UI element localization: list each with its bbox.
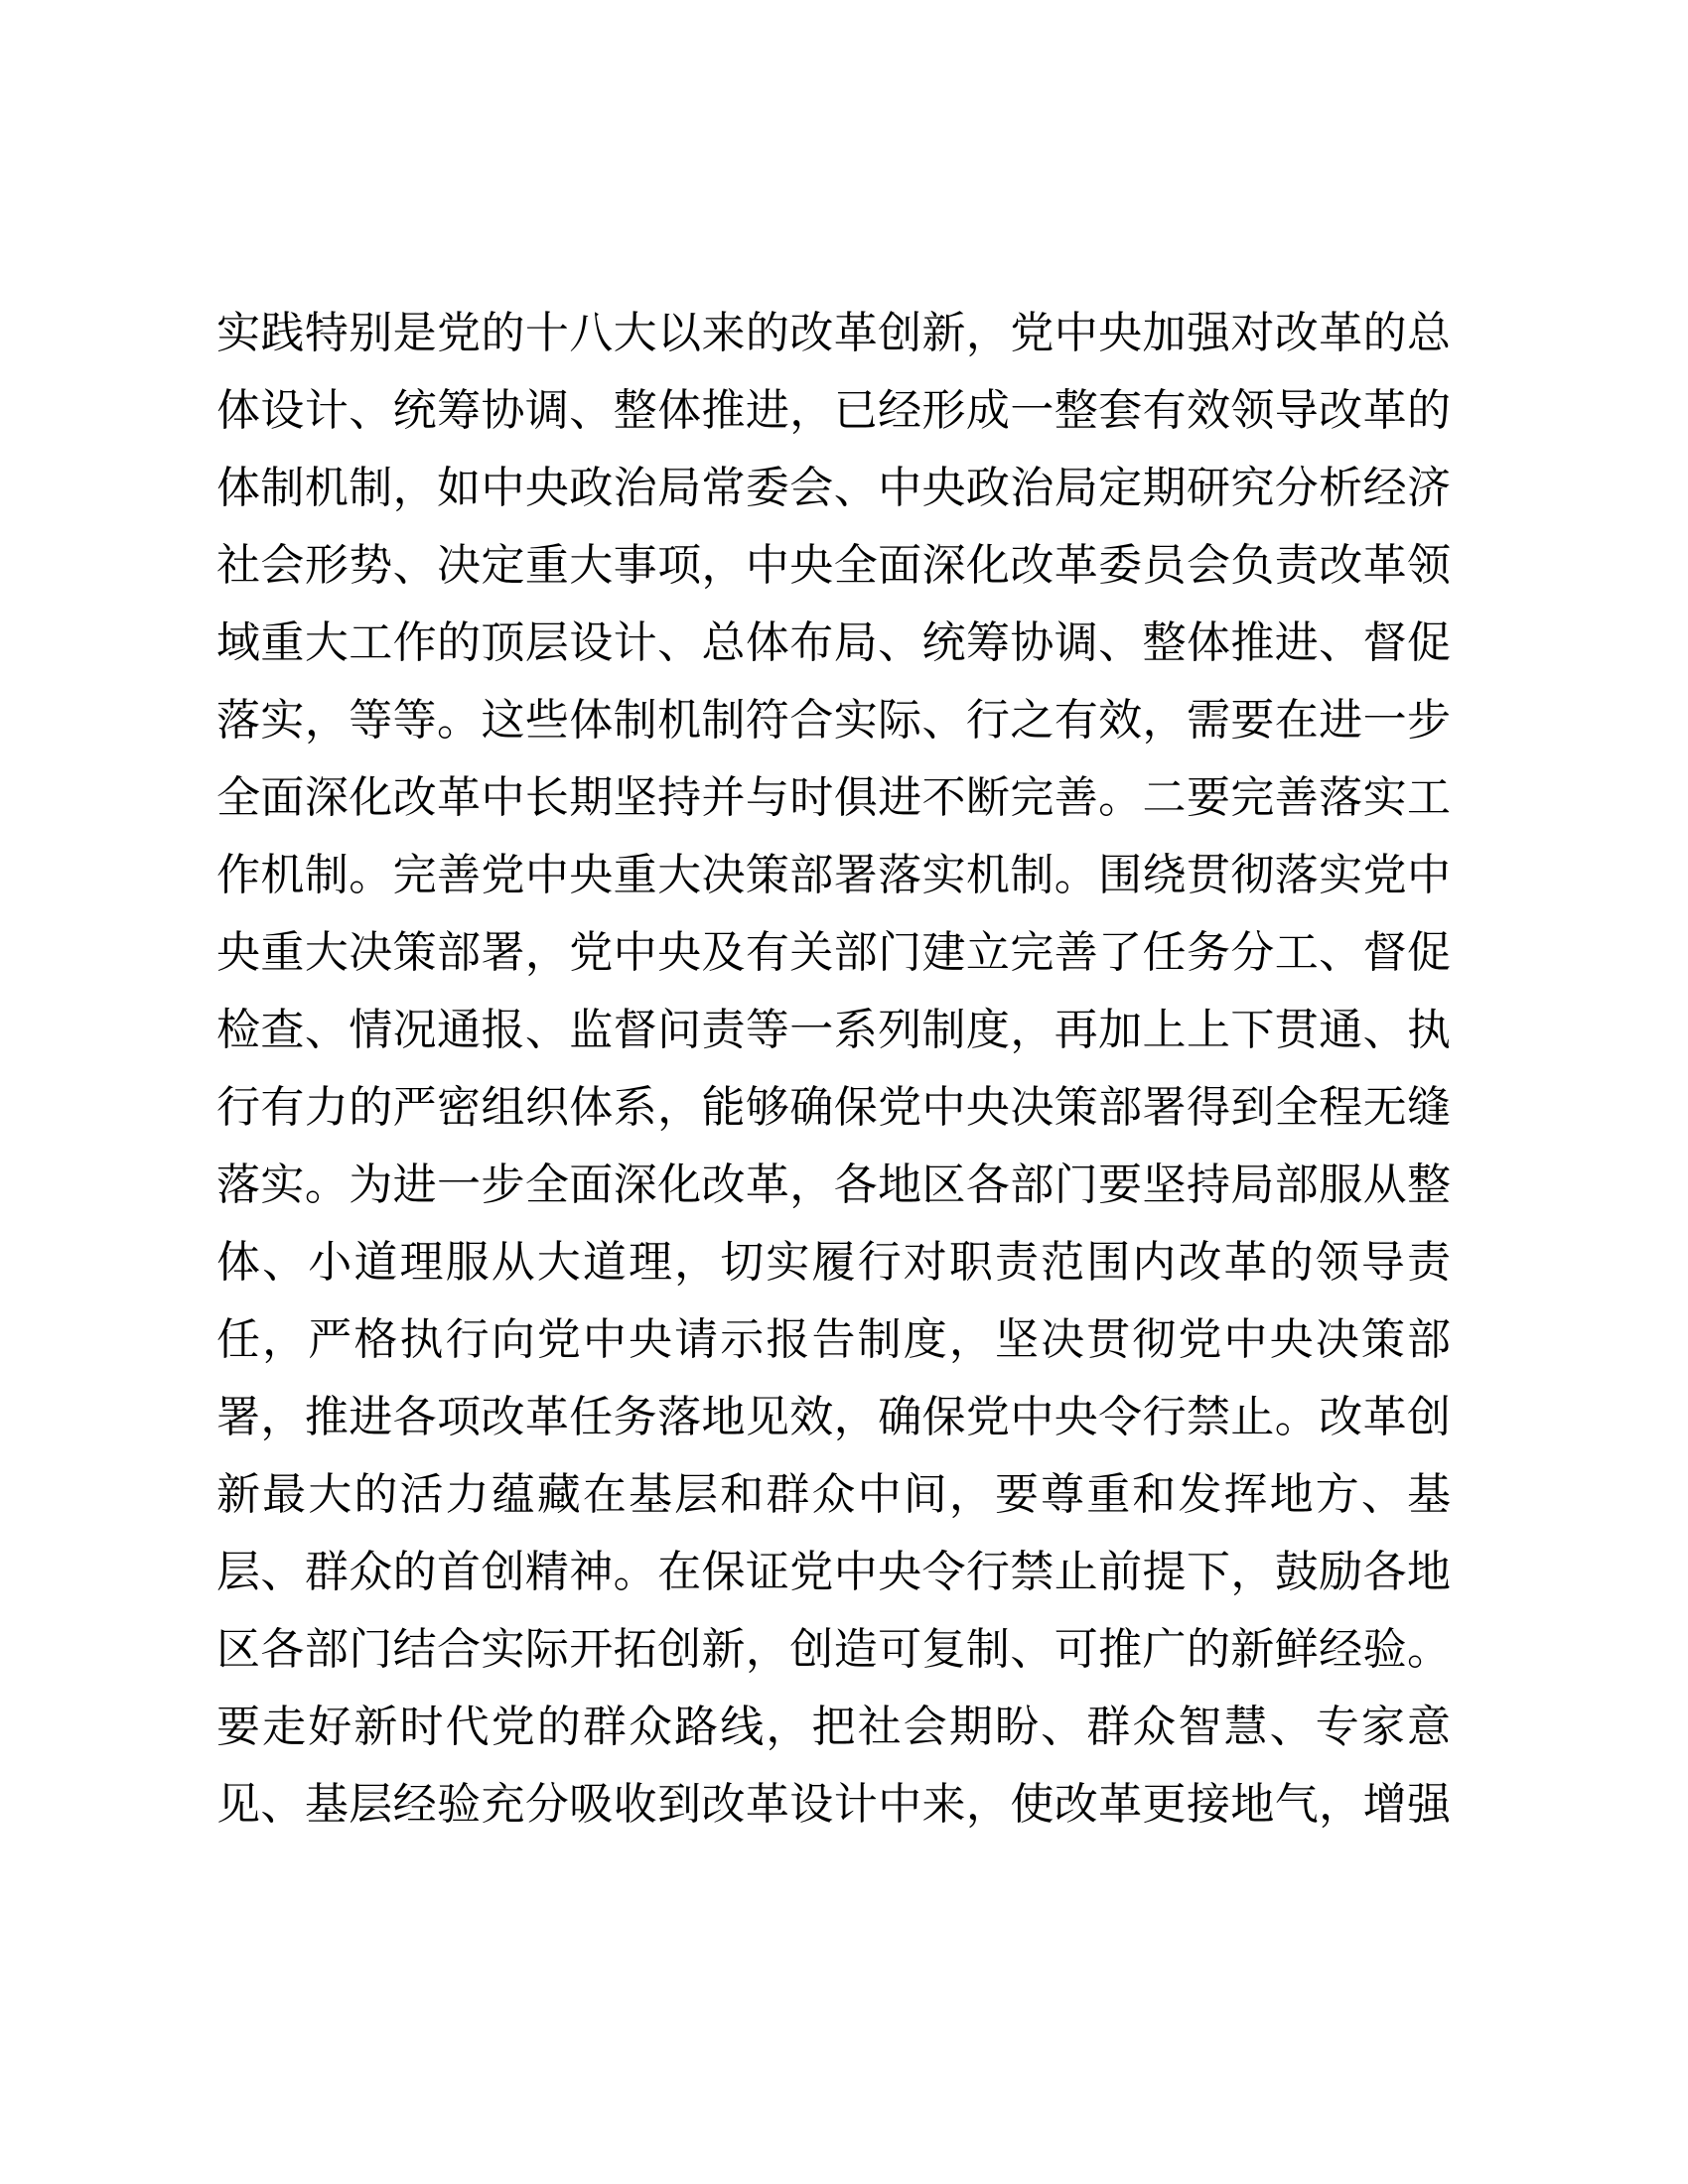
document-page: 实践特别是党的十八大以来的改革创新，党中央加强对改革的总 体设计、统筹协调、整体… xyxy=(0,0,1688,2184)
paragraph-line: 央重大决策部署，党中央及有关部门建立完善了任务分工、督促 xyxy=(216,914,1451,992)
paragraph-line: 落实。为进一步全面深化改革，各地区各部门要坚持局部服从整 xyxy=(216,1147,1451,1224)
paragraph-line: 新最大的活力蕴藏在基层和群众中间，要尊重和发挥地方、基 xyxy=(216,1456,1451,1534)
paragraph-line: 体、小道理服从大道理，切实履行对职责范围内改革的领导责 xyxy=(216,1224,1451,1301)
paragraph-line: 体制机制，如中央政治局常委会、中央政治局定期研究分析经济 xyxy=(216,450,1451,527)
paragraph-line: 社会形势、决定重大事项，中央全面深化改革委员会负责改革领 xyxy=(216,527,1451,605)
paragraph-line: 要走好新时代党的群众路线，把社会期盼、群众智慧、专家意 xyxy=(216,1689,1451,1766)
paragraph-line: 区各部门结合实际开拓创新，创造可复制、可推广的新鲜经验。 xyxy=(216,1611,1451,1689)
paragraph-line: 全面深化改革中长期坚持并与时俱进不断完善。二要完善落实工 xyxy=(216,759,1451,837)
paragraph-line: 见、基层经验充分吸收到改革设计中来，使改革更接地气，增强 xyxy=(216,1766,1451,1843)
paragraph-line: 体设计、统筹协调、整体推进，已经形成一整套有效领导改革的 xyxy=(216,372,1451,450)
paragraph-line: 落实，等等。这些体制机制符合实际、行之有效，需要在进一步 xyxy=(216,682,1451,759)
paragraph-text-block: 实践特别是党的十八大以来的改革创新，党中央加强对改革的总 体设计、统筹协调、整体… xyxy=(216,295,1451,1843)
paragraph-line: 行有力的严密组织体系，能够确保党中央决策部署得到全程无缝 xyxy=(216,1069,1451,1147)
paragraph-line: 署，推进各项改革任务落地见效，确保党中央令行禁止。改革创 xyxy=(216,1379,1451,1456)
paragraph-line: 检查、情况通报、监督问责等一系列制度，再加上上下贯通、执 xyxy=(216,992,1451,1069)
paragraph-line: 层、群众的首创精神。在保证党中央令行禁止前提下，鼓励各地 xyxy=(216,1534,1451,1611)
paragraph-line: 域重大工作的顶层设计、总体布局、统筹协调、整体推进、督促 xyxy=(216,605,1451,682)
paragraph-line: 作机制。完善党中央重大决策部署落实机制。围绕贯彻落实党中 xyxy=(216,837,1451,914)
paragraph-line: 任，严格执行向党中央请示报告制度，坚决贯彻党中央决策部 xyxy=(216,1301,1451,1379)
paragraph-line: 实践特别是党的十八大以来的改革创新，党中央加强对改革的总 xyxy=(216,295,1451,372)
